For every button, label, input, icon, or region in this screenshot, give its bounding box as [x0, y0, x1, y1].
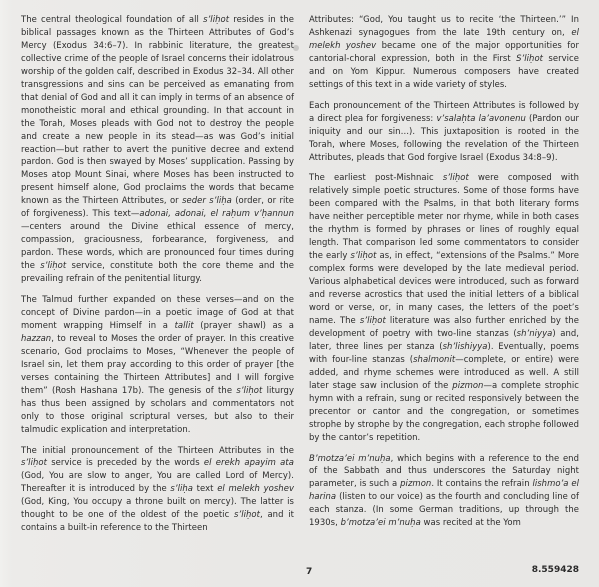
text-run: text	[193, 483, 217, 493]
italic-term: B’motza’ei m’nuḥa	[309, 453, 391, 463]
italic-term: shalmonit	[413, 354, 455, 364]
italic-term: sh’niyya	[517, 328, 553, 338]
paragraph: The initial pronouncement of the Thirtee…	[21, 444, 294, 535]
italic-term: sh’lishiyya	[443, 341, 488, 351]
catalog-number: 8.559428	[532, 565, 579, 575]
italic-term: adonai, adonai, el raḥum v’ḥannun	[139, 208, 294, 218]
text-run: The earliest post-Mishnaic	[309, 172, 443, 182]
italic-term: pizmon	[452, 380, 483, 390]
italic-term: s’liḥot	[21, 457, 47, 467]
italic-term: b’motza’ei m’nuḥa	[341, 517, 421, 527]
right-text-column: Attributes: “God, You taught us to recit…	[309, 13, 579, 537]
italic-term: S’liḥot	[516, 53, 543, 63]
paragraph: The central theological foundation of al…	[21, 13, 294, 285]
text-run: was recited at the Yom	[421, 517, 521, 527]
italic-term: s’liḥot	[351, 250, 377, 260]
text-run: service is preceded by the words	[47, 457, 204, 467]
text-run: . It contains the refrain	[431, 478, 532, 488]
italic-term: s’liḥot	[203, 14, 229, 24]
text-run: as, in effect, “extensions of the Psalms…	[309, 250, 579, 325]
italic-term: hazzan	[21, 333, 51, 343]
paragraph: The Talmud further expanded on these ver…	[21, 293, 294, 435]
booklet-page: The central theological foundation of al…	[0, 0, 599, 587]
italic-term: s’liḥot	[443, 172, 469, 182]
text-run: resides in the biblical passages known a…	[21, 14, 294, 205]
paragraph: Each pronouncement of the Thirteen Attri…	[309, 99, 579, 164]
page-number: 7	[306, 567, 312, 577]
italic-term: s’liḥot	[234, 509, 260, 519]
italic-term: el melekh yoshev	[217, 483, 294, 493]
italic-term: s’liḥot	[360, 315, 386, 325]
italic-term: s’liḥot	[236, 385, 262, 395]
paragraph: The earliest post-Mishnaic s’liḥot were …	[309, 171, 579, 443]
text-run: (prayer shawl) as a	[194, 320, 294, 330]
text-run: The initial pronouncement of the Thirtee…	[21, 445, 294, 455]
italic-term: seder s’liḥa	[182, 195, 232, 205]
italic-term: s’liḥot	[40, 260, 66, 270]
left-text-column: The central theological foundation of al…	[21, 13, 294, 542]
paragraph: Attributes: “God, You taught us to recit…	[309, 13, 579, 91]
italic-term: v’salaḥta la’avonenu	[436, 113, 525, 123]
text-run: Attributes: “God, You taught us to recit…	[309, 14, 579, 37]
italic-term: tallit	[175, 320, 194, 330]
italic-term: s’liḥa	[170, 483, 193, 493]
italic-term: el erekh apayim ata	[204, 457, 294, 467]
text-run: The central theological foundation of al…	[21, 14, 203, 24]
italic-term: pizmon	[400, 478, 431, 488]
paragraph: B’motza’ei m’nuḥa, which begins with a r…	[309, 452, 579, 530]
text-run: were composed with relatively simple poe…	[309, 172, 579, 260]
